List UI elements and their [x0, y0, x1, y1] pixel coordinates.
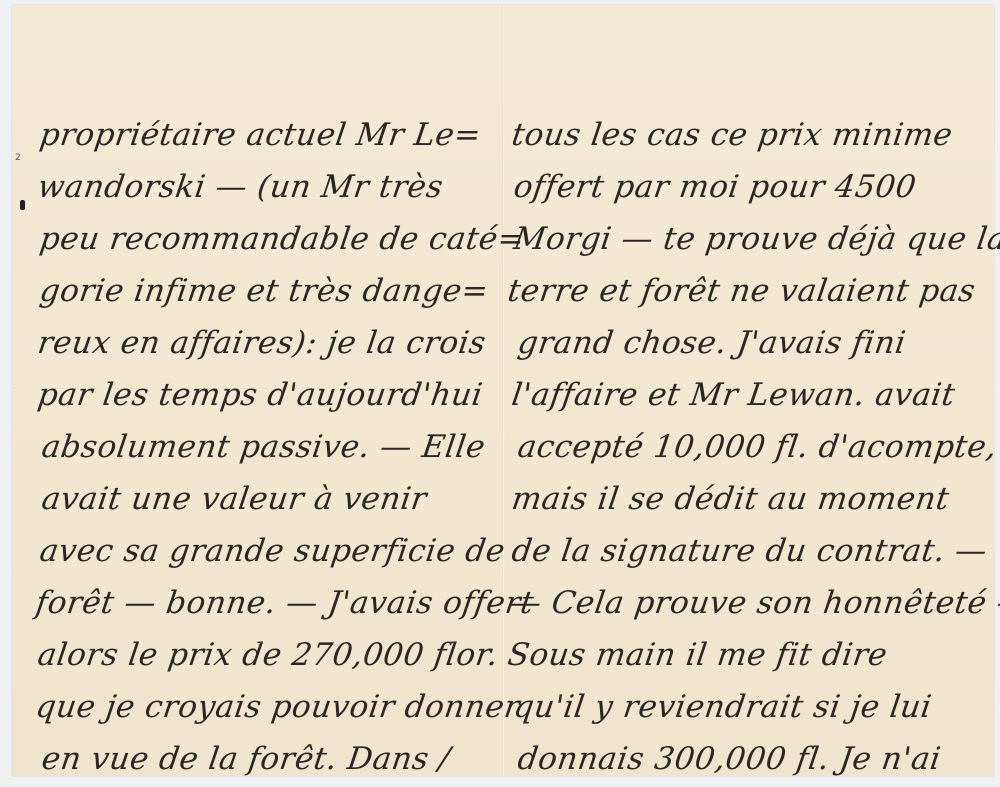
text-line: terre et forêt ne valaient pas: [505, 273, 977, 309]
text-line: donnais 300,000 fl. Je n'ai: [515, 741, 943, 777]
text-line: reux en affaires): je la crois: [35, 325, 488, 361]
text-line: mais il se dédit au moment: [509, 481, 951, 517]
text-line: de la signature du contrat. —: [509, 533, 989, 569]
text-line: accepté 10,000 fl. d'acompte,: [515, 429, 999, 465]
text-line: qu'il y reviendrait si je lui: [511, 689, 934, 725]
text-line: gorie infime et très dange=: [37, 273, 490, 309]
text-line: — Cela prouve son honnêteté —: [507, 585, 1000, 621]
right-page: tous les cas ce prix minime offert par m…: [504, 5, 994, 776]
text-line: que je croyais pouvoir donner: [33, 689, 522, 725]
text-line: offert par moi pour 4500: [511, 169, 918, 205]
text-line: en vue de la forêt. Dans /: [39, 741, 452, 777]
text-line: propriétaire actuel Mr Le=: [37, 117, 483, 153]
text-line: avait une valeur à venir: [39, 481, 429, 517]
text-line: avec sa grande superficie de: [37, 533, 507, 569]
text-line: l'affaire et Mr Lewan. avait: [509, 377, 957, 413]
text-line: alors le prix de 270,000 flor.: [35, 637, 500, 673]
text-line: Morgi — te prouve déjà que la: [511, 221, 1000, 257]
left-page: propriétaire actuel Mr Le= wandorski — (…: [12, 5, 502, 776]
text-line: Sous main il me fit dire: [505, 637, 889, 673]
text-line: grand chose. J'avais fini: [515, 325, 908, 361]
text-line: wandorski — (un Mr très: [35, 169, 445, 205]
text-line: peu recommandable de caté=: [37, 221, 526, 257]
letter-sheet: 2 propriétaire actuel Mr Le= wandorski —…: [12, 5, 994, 776]
text-line: par les temps d'aujourd'hui: [35, 377, 484, 413]
text-line: forêt — bonne. — J'avais offert: [33, 585, 536, 621]
text-line: tous les cas ce prix minime: [509, 117, 954, 153]
text-line: absolument passive. — Elle: [39, 429, 487, 465]
